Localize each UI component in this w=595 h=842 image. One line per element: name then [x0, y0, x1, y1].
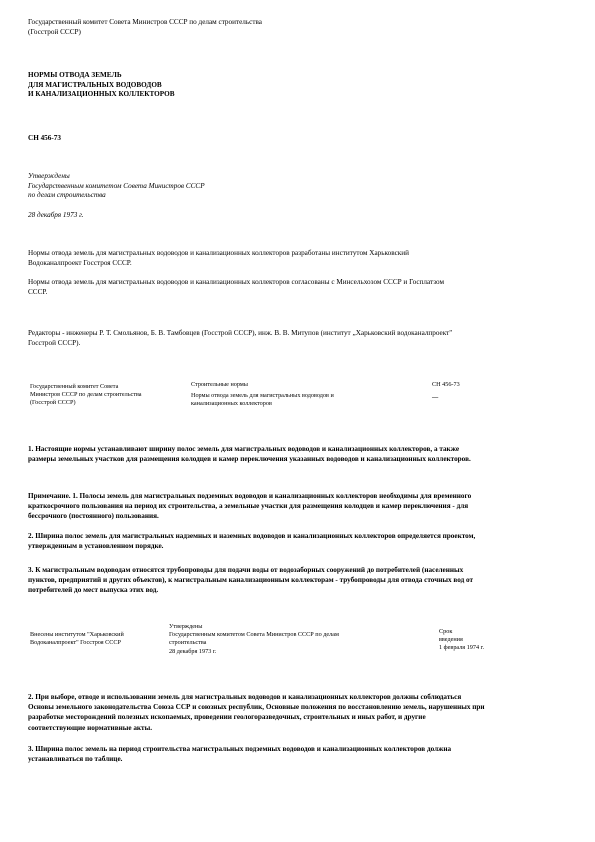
text-line: устанавливаться по таблице. — [28, 754, 451, 764]
title-line: И КАНАЛИЗАЦИОННЫХ КОЛЛЕКТОРОВ — [28, 90, 175, 100]
org-line: (Госстрой СССР) — [28, 28, 262, 38]
org-line: Государственный комитет Совета Министров… — [28, 18, 262, 28]
text-line: Редакторы - инженеры Р. Т. Смольянов, Б.… — [28, 328, 452, 338]
effective-sublabel: введения — [439, 636, 484, 644]
effective-label: Срок — [439, 628, 484, 636]
footer-col-effective: Срок введения 1 февраля 1974 г. — [439, 628, 484, 653]
intro-paragraph-developer: Нормы отвода земель для магистральных во… — [28, 248, 409, 268]
approval-line: Государственным комитетом Совета Министр… — [28, 182, 205, 192]
text-line: строительства — [169, 639, 339, 647]
title-line: ДЛЯ МАГИСТРАЛЬНЫХ ВОДОВОДОВ — [28, 81, 175, 91]
text-line: Внесены институтом "Харьковский — [30, 631, 124, 639]
text-line: Основы земельного законодательства Союза… — [28, 702, 485, 712]
text-line: Нормы отвода земель для магистральных во… — [191, 392, 334, 400]
text-line: канализационных коллекторов — [191, 400, 334, 408]
approval-label: Утверждены — [28, 172, 205, 182]
text-line: краткосрочного пользования на период их … — [28, 501, 471, 511]
text-line: соответствующие нормативные акты. — [28, 723, 485, 733]
text-line: бессрочного (постоянного) пользования. — [28, 511, 471, 521]
note-1: Примечание. 1. Полосы земель для магистр… — [28, 491, 471, 522]
text-line: 2. Ширина полос земель для магистральных… — [28, 531, 475, 541]
document-title: НОРМЫ ОТВОДА ЗЕМЕЛЬ ДЛЯ МАГИСТРАЛЬНЫХ ВО… — [28, 71, 175, 100]
text-line: 1. Настоящие нормы устанавливают ширину … — [28, 444, 471, 454]
text-line: СССР. — [28, 287, 444, 297]
section-1: 1. Настоящие нормы устанавливают ширину … — [28, 444, 471, 464]
dash: — — [432, 394, 460, 402]
approved-label: Утверждены — [169, 623, 339, 631]
table-header-col-organization: Государственный комитет Совета Министров… — [30, 383, 142, 408]
table-header-col-code: СН 456-73 — — [432, 381, 460, 402]
table-header-col-norms: Строительные нормы Нормы отвода земель д… — [191, 381, 334, 409]
approval-block: Утверждены Государственным комитетом Сов… — [28, 172, 205, 201]
section-3: 3. Ширина полос земель на период строите… — [28, 744, 451, 764]
text-line: потребителей до мест выпуска этих вод. — [28, 585, 473, 595]
text-line: пунктов, предприятий и других объектов),… — [28, 575, 473, 585]
note-2: 2. Ширина полос земель для магистральных… — [28, 531, 475, 551]
norms-type-label: Строительные нормы — [191, 381, 334, 389]
text-line: утвержденным в установленном порядке. — [28, 541, 475, 551]
text-line: Нормы отвода земель для магистральных во… — [28, 277, 444, 287]
text-line: Водоканалпроект Госстроя СССР. — [28, 258, 409, 268]
approval-date: 28 декабря 1973 г. — [28, 211, 84, 221]
footer-col-submitted: Внесены институтом "Харьковский Водокана… — [30, 631, 124, 647]
note-3: 3. К магистральным водоводам относятся т… — [28, 565, 473, 596]
text-line: Примечание. 1. Полосы земель для магистр… — [28, 491, 471, 501]
text-line: Государственным комитетом Совета Министр… — [169, 631, 339, 639]
document-code: СН 456-73 — [28, 134, 61, 144]
section-2: 2. При выборе, отводе и использовании зе… — [28, 692, 485, 733]
footer-col-approved: Утверждены Государственным комитетом Сов… — [169, 623, 339, 656]
text-line: (Госстрой СССР) — [30, 399, 142, 407]
norms-code: СН 456-73 — [432, 381, 460, 389]
text-line: Министров СССР по делам строительства — [30, 391, 142, 399]
editors-paragraph: Редакторы - инженеры Р. Т. Смольянов, Б.… — [28, 328, 452, 348]
text-line: разработке месторождений полезных ископа… — [28, 712, 485, 722]
text-line: размеры земельных участков для размещени… — [28, 454, 471, 464]
text-line: Нормы отвода земель для магистральных во… — [28, 248, 409, 258]
approved-date: 28 декабря 1973 г. — [169, 648, 339, 656]
text-line: Водоканалпроект" Госстроя СССР — [30, 639, 124, 647]
text-line: 3. Ширина полос земель на период строите… — [28, 744, 451, 754]
title-line: НОРМЫ ОТВОДА ЗЕМЕЛЬ — [28, 71, 175, 81]
effective-date: 1 февраля 1974 г. — [439, 644, 484, 652]
issuing-organization: Государственный комитет Совета Министров… — [28, 18, 262, 37]
approval-line: по делам строительства — [28, 191, 205, 201]
text-line: 2. При выборе, отводе и использовании зе… — [28, 692, 485, 702]
text-line: Госстрой СССР). — [28, 338, 452, 348]
text-line: 3. К магистральным водоводам относятся т… — [28, 565, 473, 575]
text-line: Государственный комитет Совета — [30, 383, 142, 391]
intro-paragraph-agreed: Нормы отвода земель для магистральных во… — [28, 277, 444, 297]
